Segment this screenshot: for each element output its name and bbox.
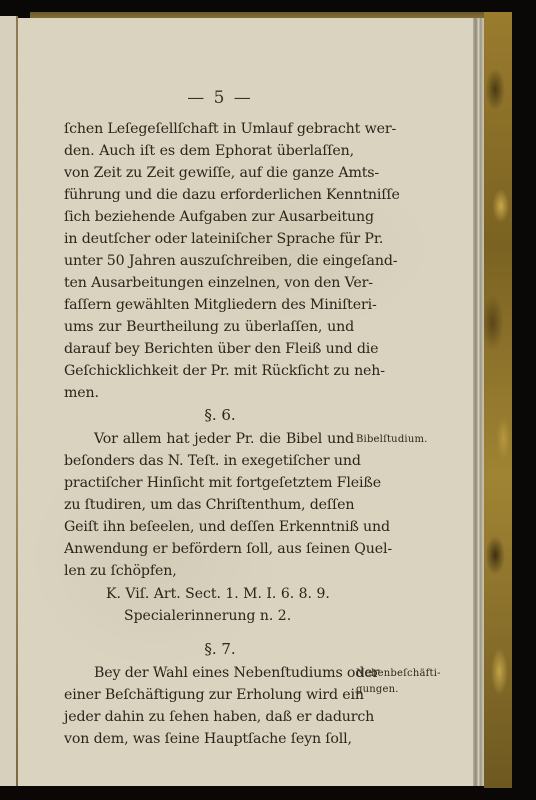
margin-note-nebenbeschaeftigungen-1: Nebenbeſchäfti- (356, 668, 441, 679)
body-line: ſich beziehende Aufgaben zur Ausarbeitun… (64, 208, 354, 226)
section-6-line: zu ſtudiren, um das Chriſtenthum, deſſen (64, 496, 354, 514)
body-line: men. (64, 384, 354, 402)
section-6-line: Anwendung er befördern ſoll, aus ſeinen … (64, 540, 354, 558)
body-line: unter 50 Jahren auszuſchreiben, die eing… (64, 252, 354, 270)
body-line: darauf bey Berichten über den Fleiß und … (64, 340, 354, 358)
section-6-line: beſonders das N. Teſt. in exegetiſcher u… (64, 452, 354, 470)
section-6-line: len zu ſchöpfen, (64, 562, 354, 580)
reference-special: Specialerinnerung n. 2. (124, 608, 291, 624)
margin-note-bibelstudium: Bibelſtudium. (356, 434, 428, 445)
body-line: Geſchicklichkeit der Pr. mit Rückſicht z… (64, 362, 354, 380)
reference-citation: K. Viſ. Art. Sect. 1. M. I. 6. 8. 9. (106, 586, 330, 602)
margin-note-nebenbeschaeftigungen-2: gungen. (356, 684, 399, 695)
section-heading-7: §. 7. (170, 640, 270, 658)
section-7-line: von dem, was ſeine Hauptſache ſeyn ſoll, (64, 730, 354, 748)
scanned-page-image: — 5 — ſchen Leſegeſellſchaft in Umlauf g… (0, 0, 536, 800)
body-line: in deutſcher oder lateiniſcher Sprache f… (64, 230, 354, 248)
body-line: führung und die dazu erforderlichen Kenn… (64, 186, 354, 204)
body-line: ſchen Leſegeſellſchaft in Umlauf gebrach… (64, 120, 354, 138)
section-7-line: einer Beſchäftigung zur Erholung wird ei… (64, 686, 354, 704)
bottom-shadow (0, 786, 484, 800)
body-line: faſſern gewählten Mitgliedern des Miniſt… (64, 296, 354, 314)
section-7-line: jeder dahin zu ſehen haben, daß er dadur… (64, 708, 354, 726)
section-7-line: Bey der Wahl eines Nebenſtudiums oder (94, 664, 354, 682)
section-6-line: Geiſt ihn beſeelen, und deſſen Erkenntni… (64, 518, 354, 536)
section-heading-6: §. 6. (170, 406, 270, 424)
body-line: ums zur Beurtheilung zu überlaſſen, und (64, 318, 354, 336)
body-line: den. Auch iſt es dem Ephorat überlaſſen, (64, 142, 354, 160)
body-line: von Zeit zu Zeit gewiſſe, auf die ganze … (64, 164, 354, 182)
marbled-cover-edge (484, 12, 512, 788)
section-6-line: practiſcher Hinſicht mit fortgeſetztem F… (64, 474, 354, 492)
section-6-line: Vor allem hat jeder Pr. die Bibel und (94, 430, 354, 448)
page-number: — 5 — (170, 88, 270, 108)
body-line: ten Ausarbeitungen einzelnen, von den Ve… (64, 274, 354, 292)
